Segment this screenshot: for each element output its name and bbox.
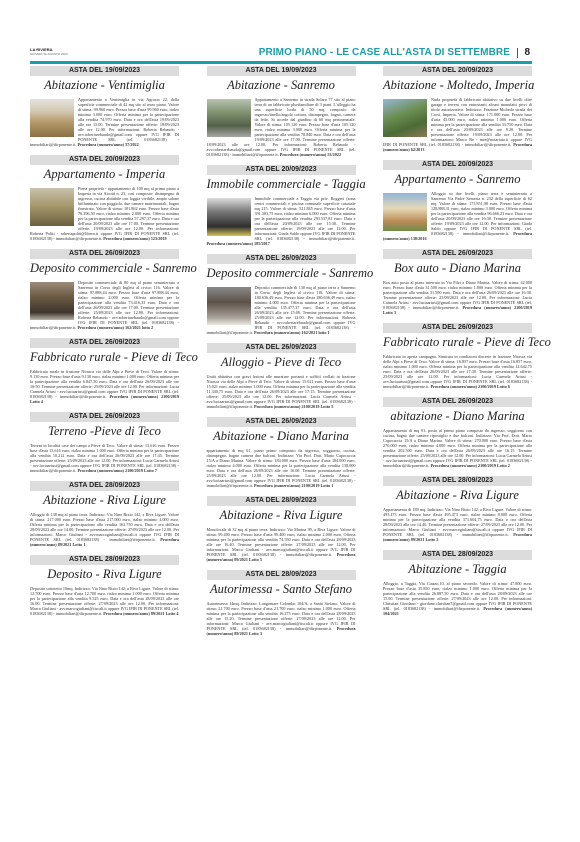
page-number: 8: [524, 47, 530, 58]
auction-title: Abitazione - Riva Ligure: [30, 493, 179, 508]
procedure-number: Procedura (numero/anno) 162/2021 lotto 2: [77, 325, 153, 330]
auction-title: Immobile commerciale - Taggia: [207, 177, 356, 192]
procedure-number: Procedura (numero/anno) 185/2017: [207, 241, 270, 246]
auction-date: ASTA DEL 20/09/2023: [383, 66, 532, 76]
auction-title: Appartamento - Imperia: [30, 167, 179, 182]
auction-date: ASTA DEL 26/09/2023: [207, 417, 356, 427]
auction-date: ASTA DEL 20/09/2023: [383, 160, 532, 170]
auction-card: ASTA DEL 26/09/2023 Terreno -Pieve di Te…: [30, 412, 179, 473]
auction-description: Immobile commerciale a Taggia via priv. …: [207, 196, 356, 246]
auction-card: ASTA DEL 26/09/2023 abitazione - Diano M…: [383, 397, 532, 468]
auction-date: ASTA DEL 26/09/2023: [30, 338, 179, 348]
procedure-number: Procedura (numero/anno) 89/2021 Lotto 4: [103, 611, 178, 616]
interior-photo: [207, 287, 251, 325]
auction-date: ASTA DEL 26/09/2023: [207, 343, 356, 353]
auction-title: Autorimessa - Santo Stefano: [207, 582, 356, 597]
auction-description: Box auto posto al piano interrato in Via…: [383, 280, 532, 315]
auction-title: Terreno -Pieve di Teco: [30, 424, 179, 439]
auction-card: ASTA DEL 26/09/2023 Deposito commerciale…: [30, 249, 179, 330]
auction-description: Autorimessa 14mq. Indirizzo: Lungomare C…: [207, 601, 356, 636]
auction-date: ASTA DEL 26/09/2023: [383, 397, 532, 407]
auction-title: Box auto - Diano Marina: [383, 261, 532, 276]
auction-card: ASTA DEL 26/09/2023 Alloggio - Pieve di …: [207, 343, 356, 409]
auction-card: ASTA DEL 28/09/2023 Autorimessa - Santo …: [207, 570, 356, 636]
building-photo: [30, 188, 74, 226]
house-photo: [207, 99, 251, 137]
auction-date: ASTA DEL 20/09/2023: [207, 165, 356, 175]
auction-date: ASTA DEL 26/09/2023: [30, 249, 179, 259]
procedure-number: Procedura (numero/anno) 2100/2019 Lotto …: [254, 483, 333, 488]
auction-date: ASTA DEL 28/09/2023: [207, 570, 356, 580]
procedure-number: Procedura (numero/anno) 2100/2019 Lotto …: [430, 463, 509, 468]
auction-title: Deposito - Riva Ligure: [30, 567, 179, 582]
auction-card: ASTA DEL 28/09/2023 Abitazione - Riva Li…: [30, 481, 179, 547]
auction-title: Abitazione - Taggia: [383, 562, 532, 577]
column-3: ASTA DEL 20/09/2023 Abitazione - Moltedo…: [383, 66, 532, 644]
auction-description: Alloggio di 138 mq al piano terra. Indir…: [30, 512, 179, 547]
auction-date: ASTA DEL 28/09/2023: [207, 496, 356, 506]
auction-description: Piena proprietà - appartamento di 100 mq…: [30, 186, 179, 241]
header-rule: [30, 61, 532, 64]
auction-title: Abitazione - Riva Ligure: [207, 508, 356, 523]
auction-description: Fabbricato in aperta campagna. Struttura…: [383, 354, 532, 389]
auction-card: ASTA DEL 26/09/2023 Deposito commerciale…: [207, 254, 356, 335]
auction-card: ASTA DEL 28/09/2023 Deposito - Riva Ligu…: [30, 555, 179, 616]
auction-title: Alloggio - Pieve di Teco: [207, 355, 356, 370]
procedure-number: Procedura (numero/anno) 53/2022: [280, 152, 341, 157]
auction-card: ASTA DEL 28/09/2023 Abitazione - Riva Li…: [207, 496, 356, 562]
auction-description: Fabbricato rurale in frazione Nirasca vi…: [30, 369, 179, 404]
procedure-number: Procedura (numero/anno) 162/2021 lotto 1: [254, 330, 330, 335]
column-1: ASTA DEL 19/09/2023 Abitazione - Ventimi…: [30, 66, 179, 644]
building-photo: [30, 99, 74, 137]
auction-date: ASTA DEL 19/09/2023: [207, 66, 356, 76]
auction-description: Appartamento a Ventimiglia in via Agrosi…: [30, 97, 179, 147]
auction-date: ASTA DEL 28/09/2023: [383, 550, 532, 560]
auction-card: ASTA DEL 20/09/2023 Immobile commerciale…: [207, 165, 356, 246]
auction-date: ASTA DEL 20/09/2023: [30, 155, 179, 165]
section-title: PRIMO PIANO - LE CASE ALL'ASTA DI SETTEM…: [259, 47, 510, 58]
procedure-number: Procedura (numero/anno) 2100/2019 Lotto …: [77, 468, 156, 473]
auction-description: Terreni in località case dei campi a Pie…: [30, 443, 179, 473]
auction-title: Abitazione - Sanremo: [207, 78, 356, 93]
procedure-number: Procedura (numero/anno) 2100/2019 Lotto …: [254, 404, 333, 409]
auction-card: ASTA DEL 20/09/2023 Appartamento - Sanre…: [383, 160, 532, 241]
auction-date: ASTA DEL 28/09/2023: [383, 476, 532, 486]
auction-date: ASTA DEL 26/09/2023: [30, 412, 179, 422]
auction-description: Deposito commerciale di 130 mq al piano …: [207, 285, 356, 335]
auction-description: Unità abitativa con gravi lesioni alle m…: [207, 374, 356, 409]
auction-title: Deposito commerciale - Sanremo: [30, 261, 179, 276]
auction-card: ASTA DEL 26/09/2023 Abitazione - Diano M…: [207, 417, 356, 488]
auction-columns: ASTA DEL 19/09/2023 Abitazione - Ventimi…: [30, 66, 532, 644]
divider: [517, 48, 518, 58]
auction-description: Appartamento di mq 91, posto al primo pi…: [383, 428, 532, 468]
auction-card: ASTA DEL 26/09/2023 Box auto - Diano Mar…: [383, 249, 532, 315]
auction-title: Fabbricato rurale - Pieve di Teco: [383, 335, 532, 350]
auction-description: Monolocale di 32 mq al piano terra. Indi…: [207, 527, 356, 562]
auction-title: Abitazione - Ventimiglia: [30, 78, 179, 93]
auction-description: Deposito commerciale di 80 mq al piano s…: [30, 280, 179, 330]
auction-date: ASTA DEL 28/09/2023: [30, 481, 179, 491]
newspaper-page: LA RIVIERA GIOVEDÌ 31 AGOSTO 2023 PRIMO …: [30, 47, 532, 61]
auction-date: ASTA DEL 28/09/2023: [30, 555, 179, 565]
storefront-photo: [207, 198, 251, 236]
auction-date: ASTA DEL 26/09/2023: [383, 249, 532, 259]
auction-card: ASTA DEL 19/09/2023 Abitazione - Ventimi…: [30, 66, 179, 147]
auction-description: Nuda proprietà di fabbricato abitativo s…: [383, 97, 532, 152]
auction-title: Appartamento - Sanremo: [383, 172, 532, 187]
procedure-number: Procedura (numero/anno) 2100/2019 Lotto …: [430, 384, 509, 389]
auction-title: Fabbricato rurale - Pieve di Teco: [30, 350, 179, 365]
auction-title: abitazione - Diano Marina: [383, 409, 532, 424]
issue-date: GIOVEDÌ 31 AGOSTO 2023: [30, 52, 68, 56]
masthead: LA RIVIERA GIOVEDÌ 31 AGOSTO 2023 PRIMO …: [30, 47, 532, 61]
interior-photo: [30, 282, 74, 320]
countryside-photo: [383, 99, 427, 137]
auction-description: Deposito sottotetto 10mq. Indirizzo: Via…: [30, 586, 179, 616]
auction-date: ASTA DEL 26/09/2023: [383, 323, 532, 333]
auction-description: appartamento di mq 61, piano primo compo…: [207, 448, 356, 488]
procedure-number: Procedura (numero/anno) 123/2019: [103, 236, 166, 241]
auction-card: ASTA DEL 28/09/2023 Abitazione - Riva Li…: [383, 476, 532, 542]
auction-title: Deposito commerciale - Sanremo: [207, 266, 356, 281]
auction-title: Abitazione - Riva Ligure: [383, 488, 532, 503]
auction-title: Abitazione - Moltedo, Imperia: [383, 78, 532, 93]
auction-card: ASTA DEL 26/09/2023 Fabbricato rurale - …: [30, 338, 179, 404]
auction-description: Appartamento a Sanremo in strada Solaro …: [207, 97, 356, 157]
auction-date: ASTA DEL 19/09/2023: [30, 66, 179, 76]
auction-date: ASTA DEL 26/09/2023: [207, 254, 356, 264]
procedure-number: Procedura (numero/anno) 37/2022: [77, 142, 138, 147]
apartment-block-photo: [383, 193, 427, 231]
auction-card: ASTA DEL 26/09/2023 Fabbricato rurale - …: [383, 323, 532, 389]
auction-description: Alloggio su due livelli, piano terra e s…: [383, 191, 532, 241]
auction-description: Appartamento di 189 mq. Indirizzo: Via N…: [383, 507, 532, 542]
auction-card: ASTA DEL 19/09/2023 Abitazione - Sanremo…: [207, 66, 356, 157]
auction-card: ASTA DEL 20/09/2023 Appartamento - Imper…: [30, 155, 179, 241]
auction-title: Abitazione - Diano Marina: [207, 429, 356, 444]
auction-card: ASTA DEL 20/09/2023 Abitazione - Moltedo…: [383, 66, 532, 152]
column-2: ASTA DEL 19/09/2023 Abitazione - Sanremo…: [207, 66, 356, 644]
auction-card: ASTA DEL 28/09/2023 Abitazione - Taggia …: [383, 550, 532, 616]
auction-description: Alloggio, a Taggia, Via Ciazzo,10, al pi…: [383, 581, 532, 616]
